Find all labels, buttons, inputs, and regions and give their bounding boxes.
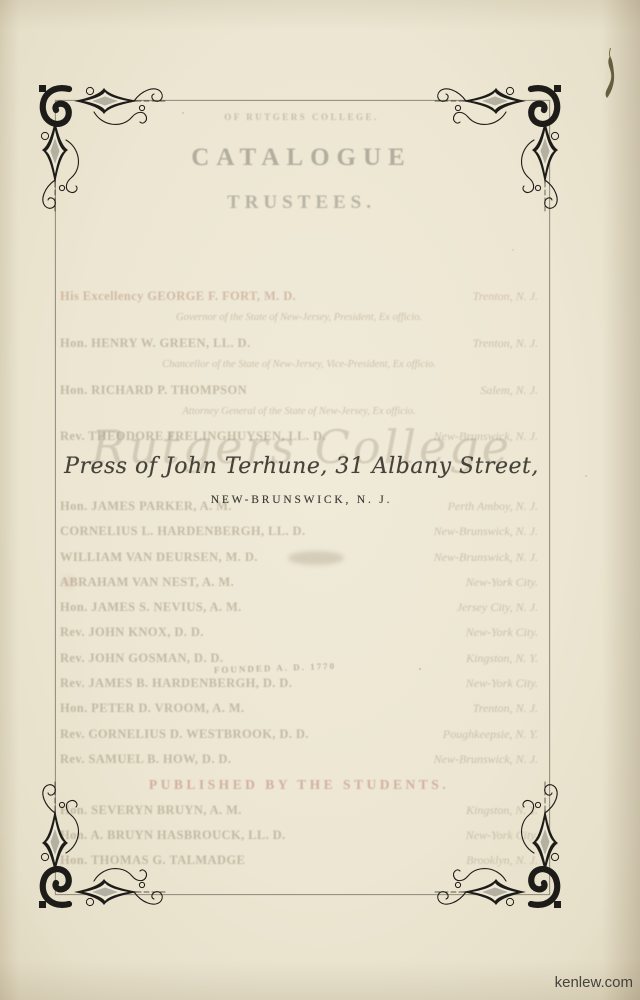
site-watermark: kenlew.com: [555, 974, 633, 991]
ghost-name: Rev. JAMES B. HARDENBERGH, D. D.: [60, 676, 292, 691]
ghost-place: Trenton, N. J.: [473, 289, 538, 304]
ghost-roster-row: Hon. JAMES S. NEVIUS, A. M.Jersey City, …: [60, 600, 538, 625]
ghost-roster-row: Rev. CORNELIUS D. WESTBROOK, D. D.Poughk…: [60, 727, 538, 752]
ghost-roster-row: Hon. HENRY W. GREEN, LL. D.Trenton, N. J…: [60, 336, 538, 359]
ghost-place: New-Brunswick, N. J.: [434, 550, 538, 565]
scanned-page: OF RUTGERS COLLEGE. CATALOGUE TRUSTEES. …: [0, 0, 640, 1000]
ghost-name: Hon. JAMES S. NEVIUS, A. M.: [60, 600, 242, 615]
ghost-name: Hon. PETER D. VROOM, A. M.: [60, 701, 244, 716]
ghost-roster-row: Rev. SAMUEL B. HOW, D. D.New-Brunswick, …: [60, 752, 538, 777]
ghost-roster-row: His Excellency GEORGE F. FORT, M. D.Tren…: [60, 289, 538, 312]
ghost-place: Salem, N. J.: [480, 383, 538, 398]
ghost-name: ABRAHAM VAN NEST, A. M.: [60, 575, 234, 590]
ghost-name: WILLIAM VAN DEURSEN, M. D.: [60, 550, 258, 565]
ghost-place: Trenton, N. J.: [473, 336, 538, 351]
ghost-roster-row: CORNELIUS L. HARDENBERGH, LL. D.New-Brun…: [60, 524, 538, 549]
ghost-name: Hon. HENRY W. GREEN, LL. D.: [60, 336, 251, 351]
ghost-name: Rev. JOHN KNOX, D. D.: [60, 625, 204, 640]
ghost-place: Trenton, N. J.: [473, 701, 538, 716]
ghost-name: Rev. JOHN GOSMAN, D. D.: [60, 651, 223, 666]
ghost-roster-row: Chancellor of the State of New-Jersey, V…: [60, 359, 538, 382]
corner-flourish-icon: [432, 779, 562, 909]
ghost-roster-row: Hon. RICHARD P. THOMPSONSalem, N. J.: [60, 383, 538, 406]
ghost-name: Hon. RICHARD P. THOMPSON: [60, 383, 247, 398]
ghost-roster-row: Rev. JOHN GOSMAN, D. D.Kingston, N. Y.: [60, 651, 538, 676]
printer-imprint: Press of John Terhune, 31 Albany Street,…: [55, 454, 548, 506]
ghost-roster-row: ABRAHAM VAN NEST, A. M.New-York City.: [60, 575, 538, 600]
imprint-city-line: NEW-BRUNSWICK, N. J.: [55, 494, 548, 506]
ghost-place: Kingston, N. Y.: [466, 651, 538, 666]
ghost-name: CORNELIUS L. HARDENBERGH, LL. D.: [60, 524, 305, 539]
ghost-name: His Excellency GEORGE F. FORT, M. D.: [60, 289, 296, 304]
ghost-place: Jersey City, N. J.: [457, 600, 538, 615]
ghost-place: New-York City.: [466, 625, 538, 640]
ghost-published-text: PUBLISHED BY THE STUDENTS.: [149, 777, 449, 793]
ghost-roster-row: Rev. JOHN KNOX, D. D.New-York City.: [60, 625, 538, 650]
ghost-note-text: Chancellor of the State of New-Jersey, V…: [162, 359, 436, 370]
corner-flourish-icon: [38, 779, 168, 909]
ghost-note-text: Attorney General of the State of New-Jer…: [182, 406, 415, 417]
ink-smudge-faint: [288, 551, 344, 565]
ghost-name: Rev. CORNELIUS D. WESTBROOK, D. D.: [60, 727, 309, 742]
imprint-press-line: Press of John Terhune, 31 Albany Street,: [55, 454, 548, 479]
ghost-place: New-Brunswick, N. J.: [434, 752, 538, 767]
ghost-place: New-York City.: [466, 676, 538, 691]
corner-flourish-icon: [38, 84, 168, 214]
ghost-place: New-York City.: [466, 575, 538, 590]
ghost-roster-row: Hon. PETER D. VROOM, A. M.Trenton, N. J.: [60, 701, 538, 726]
ghost-place: New-Brunswick, N. J.: [434, 524, 538, 539]
ink-mark-icon: [601, 48, 621, 100]
ghost-place: Poughkeepsie, N. Y.: [443, 727, 538, 742]
ghost-roster-row: Governor of the State of New-Jersey, Pre…: [60, 312, 538, 335]
ghost-note-text: Governor of the State of New-Jersey, Pre…: [176, 312, 422, 323]
ghost-name: Rev. SAMUEL B. HOW, D. D.: [60, 752, 231, 767]
ghost-roster-row: Rev. JAMES B. HARDENBERGH, D. D.New-York…: [60, 676, 538, 701]
corner-flourish-icon: [432, 84, 562, 214]
